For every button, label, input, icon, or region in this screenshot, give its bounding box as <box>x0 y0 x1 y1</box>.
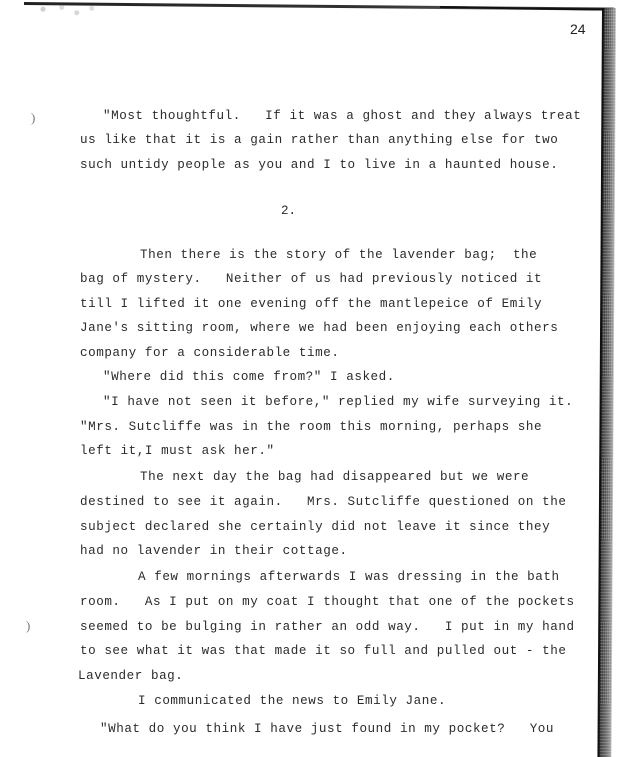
text-line: A few mornings afterwards I was dressing… <box>138 569 560 585</box>
text-line: seemed to be bulging in rather an odd wa… <box>80 619 575 635</box>
page-number: 24 <box>570 21 586 37</box>
text-line: us like that it is a gain rather than an… <box>80 132 558 148</box>
text-line: subject declared she certainly did not l… <box>80 519 550 535</box>
margin-mark: ) <box>31 110 35 126</box>
text-line: destined to see it again. Mrs. Sutcliffe… <box>80 494 566 510</box>
text-line: The next day the bag had disappeared but… <box>140 469 529 485</box>
section-number: 2. <box>281 204 296 218</box>
text-line: "What do you think I have just found in … <box>100 721 554 737</box>
document-page: 24 ) ) 2. "Most thoughtful. If it was a … <box>0 0 640 757</box>
text-line: to see what it was that made it so full … <box>80 643 566 659</box>
text-line: I communicated the news to Emily Jane. <box>138 693 446 709</box>
text-line: bag of mystery. Neither of us had previo… <box>80 271 542 287</box>
text-line: such untidy people as you and I to live … <box>80 157 558 173</box>
text-line: till I lifted it one evening off the man… <box>80 296 542 312</box>
text-line: room. As I put on my coat I thought that… <box>80 594 575 610</box>
margin-mark: ) <box>26 618 30 634</box>
text-line: "Most thoughtful. If it was a ghost and … <box>103 108 581 124</box>
text-line: had no lavender in their cottage. <box>80 543 348 559</box>
scan-speckle <box>28 2 103 20</box>
text-line: Lavender bag. <box>78 668 183 684</box>
text-line: "Where did this come from?" I asked. <box>103 369 395 385</box>
text-line: Then there is the story of the lavender … <box>140 247 537 263</box>
text-line: Jane's sitting room, where we had been e… <box>80 320 558 336</box>
text-line: company for a considerable time. <box>80 345 339 361</box>
top-border-line <box>24 2 614 11</box>
text-line: left it,I must ask her." <box>80 443 275 459</box>
text-line: "I have not seen it before," replied my … <box>103 394 573 410</box>
text-line: "Mrs. Sutcliffe was in the room this mor… <box>80 419 542 435</box>
